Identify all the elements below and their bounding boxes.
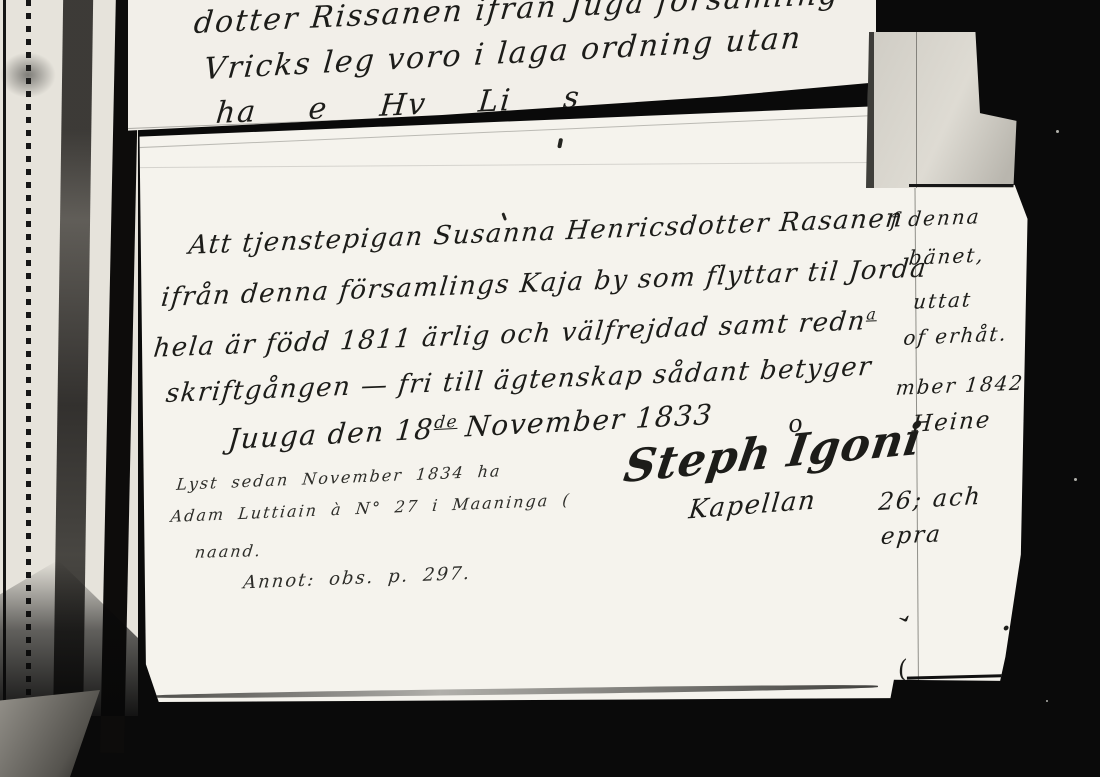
spine-smudge — [0, 52, 56, 98]
page-bottom-smudge — [148, 683, 878, 699]
note-line-1: Lyst sedan November 1834 ha — [176, 461, 503, 494]
underlying-page-corner — [866, 32, 1018, 188]
date-place-day: Juuga den 18 — [227, 412, 436, 456]
date-superscript: de — [434, 411, 459, 432]
certificate-line-3-superscript: a — [866, 305, 879, 323]
margin-fragment-5: mber 1842. — [895, 370, 1034, 400]
film-speck — [1046, 700, 1048, 702]
certificate-line-1: Att tjenstepigan Susanna Henricsdotter R… — [187, 203, 905, 261]
margin-fragment-8: epra — [880, 521, 944, 550]
note-line-3: naand. — [194, 541, 263, 562]
margin-fragment-7: 26; ach — [878, 482, 984, 516]
signature-title: Kapellan — [687, 485, 817, 525]
certificate-line-2: ifrån denna församlings Kaja by som flyt… — [160, 253, 929, 313]
ink-hook-mark: › — [892, 609, 920, 629]
ink-dot: . — [1001, 607, 1012, 637]
film-speck — [1074, 478, 1077, 481]
margin-fragment-6: Heine — [911, 407, 992, 438]
spine-bottom-fragment — [0, 690, 100, 777]
margin-fragment-3: uttat — [912, 287, 973, 314]
margin-fragment-4: of erhåt. — [902, 321, 1009, 349]
film-speck — [1056, 130, 1059, 133]
page-fold-line — [916, 32, 917, 188]
page-edge-line — [909, 184, 1015, 187]
certificate-line-4: skriftgången — fri till ägtenskap sådant… — [164, 352, 873, 409]
note-line-2: Adam Luttiain à N° 27 i Maaninga ( — [170, 490, 572, 526]
scan-background: Att tjenstepigan Susanna Henricsdotter R… — [0, 0, 1100, 777]
margin-rule-line — [907, 674, 1002, 679]
ink-speck — [557, 138, 563, 149]
certificate-page: Att tjenstepigan Susanna Henricsdotter R… — [134, 97, 1038, 713]
note-line-4: Annot: obs. p. 297. — [242, 563, 472, 594]
book-spine-edge — [0, 0, 138, 716]
margin-fragment-2: bänet, — [908, 243, 986, 270]
margin-fragment-1: f denna — [890, 204, 982, 232]
